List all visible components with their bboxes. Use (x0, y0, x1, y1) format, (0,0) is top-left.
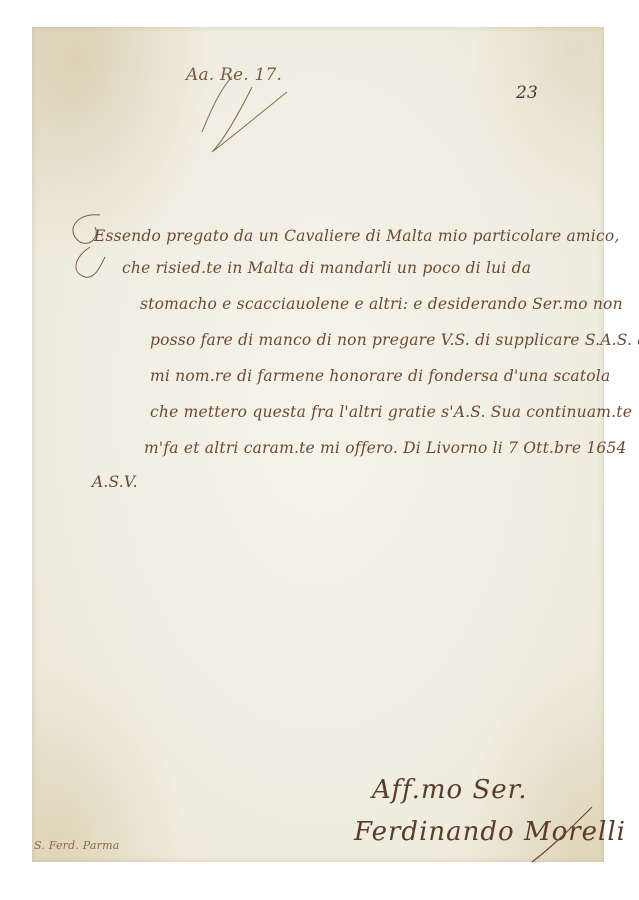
letter-page: Aa. Re. 17. 23 Essendo pregato da un Cav… (32, 27, 604, 862)
reference-flourish-icon (192, 67, 302, 157)
bottom-note: S. Ferd. Parma (34, 839, 119, 852)
body-line-8: A.S.V. (92, 473, 138, 491)
body-line-6: che mettero questa fra l'altri gratie s'… (150, 403, 632, 421)
body-line-4: posso fare di manco di non pregare V.S. … (150, 331, 639, 349)
signature-flourish-icon (472, 797, 602, 867)
body-line-5: mi nom.re di farmene honorare di fonders… (150, 367, 610, 385)
initial-flourish-icon (60, 207, 120, 287)
body-line-7: m'fa et altri caram.te mi offero. Di Liv… (144, 439, 627, 457)
body-line-1: Essendo pregato da un Cavaliere di Malta… (94, 227, 620, 245)
body-line-3: stomacho e scacciauolene e altri: e desi… (140, 295, 623, 313)
body-line-2: che risied.te in Malta di mandarli un po… (122, 259, 531, 277)
folio-number: 23 (516, 83, 538, 103)
